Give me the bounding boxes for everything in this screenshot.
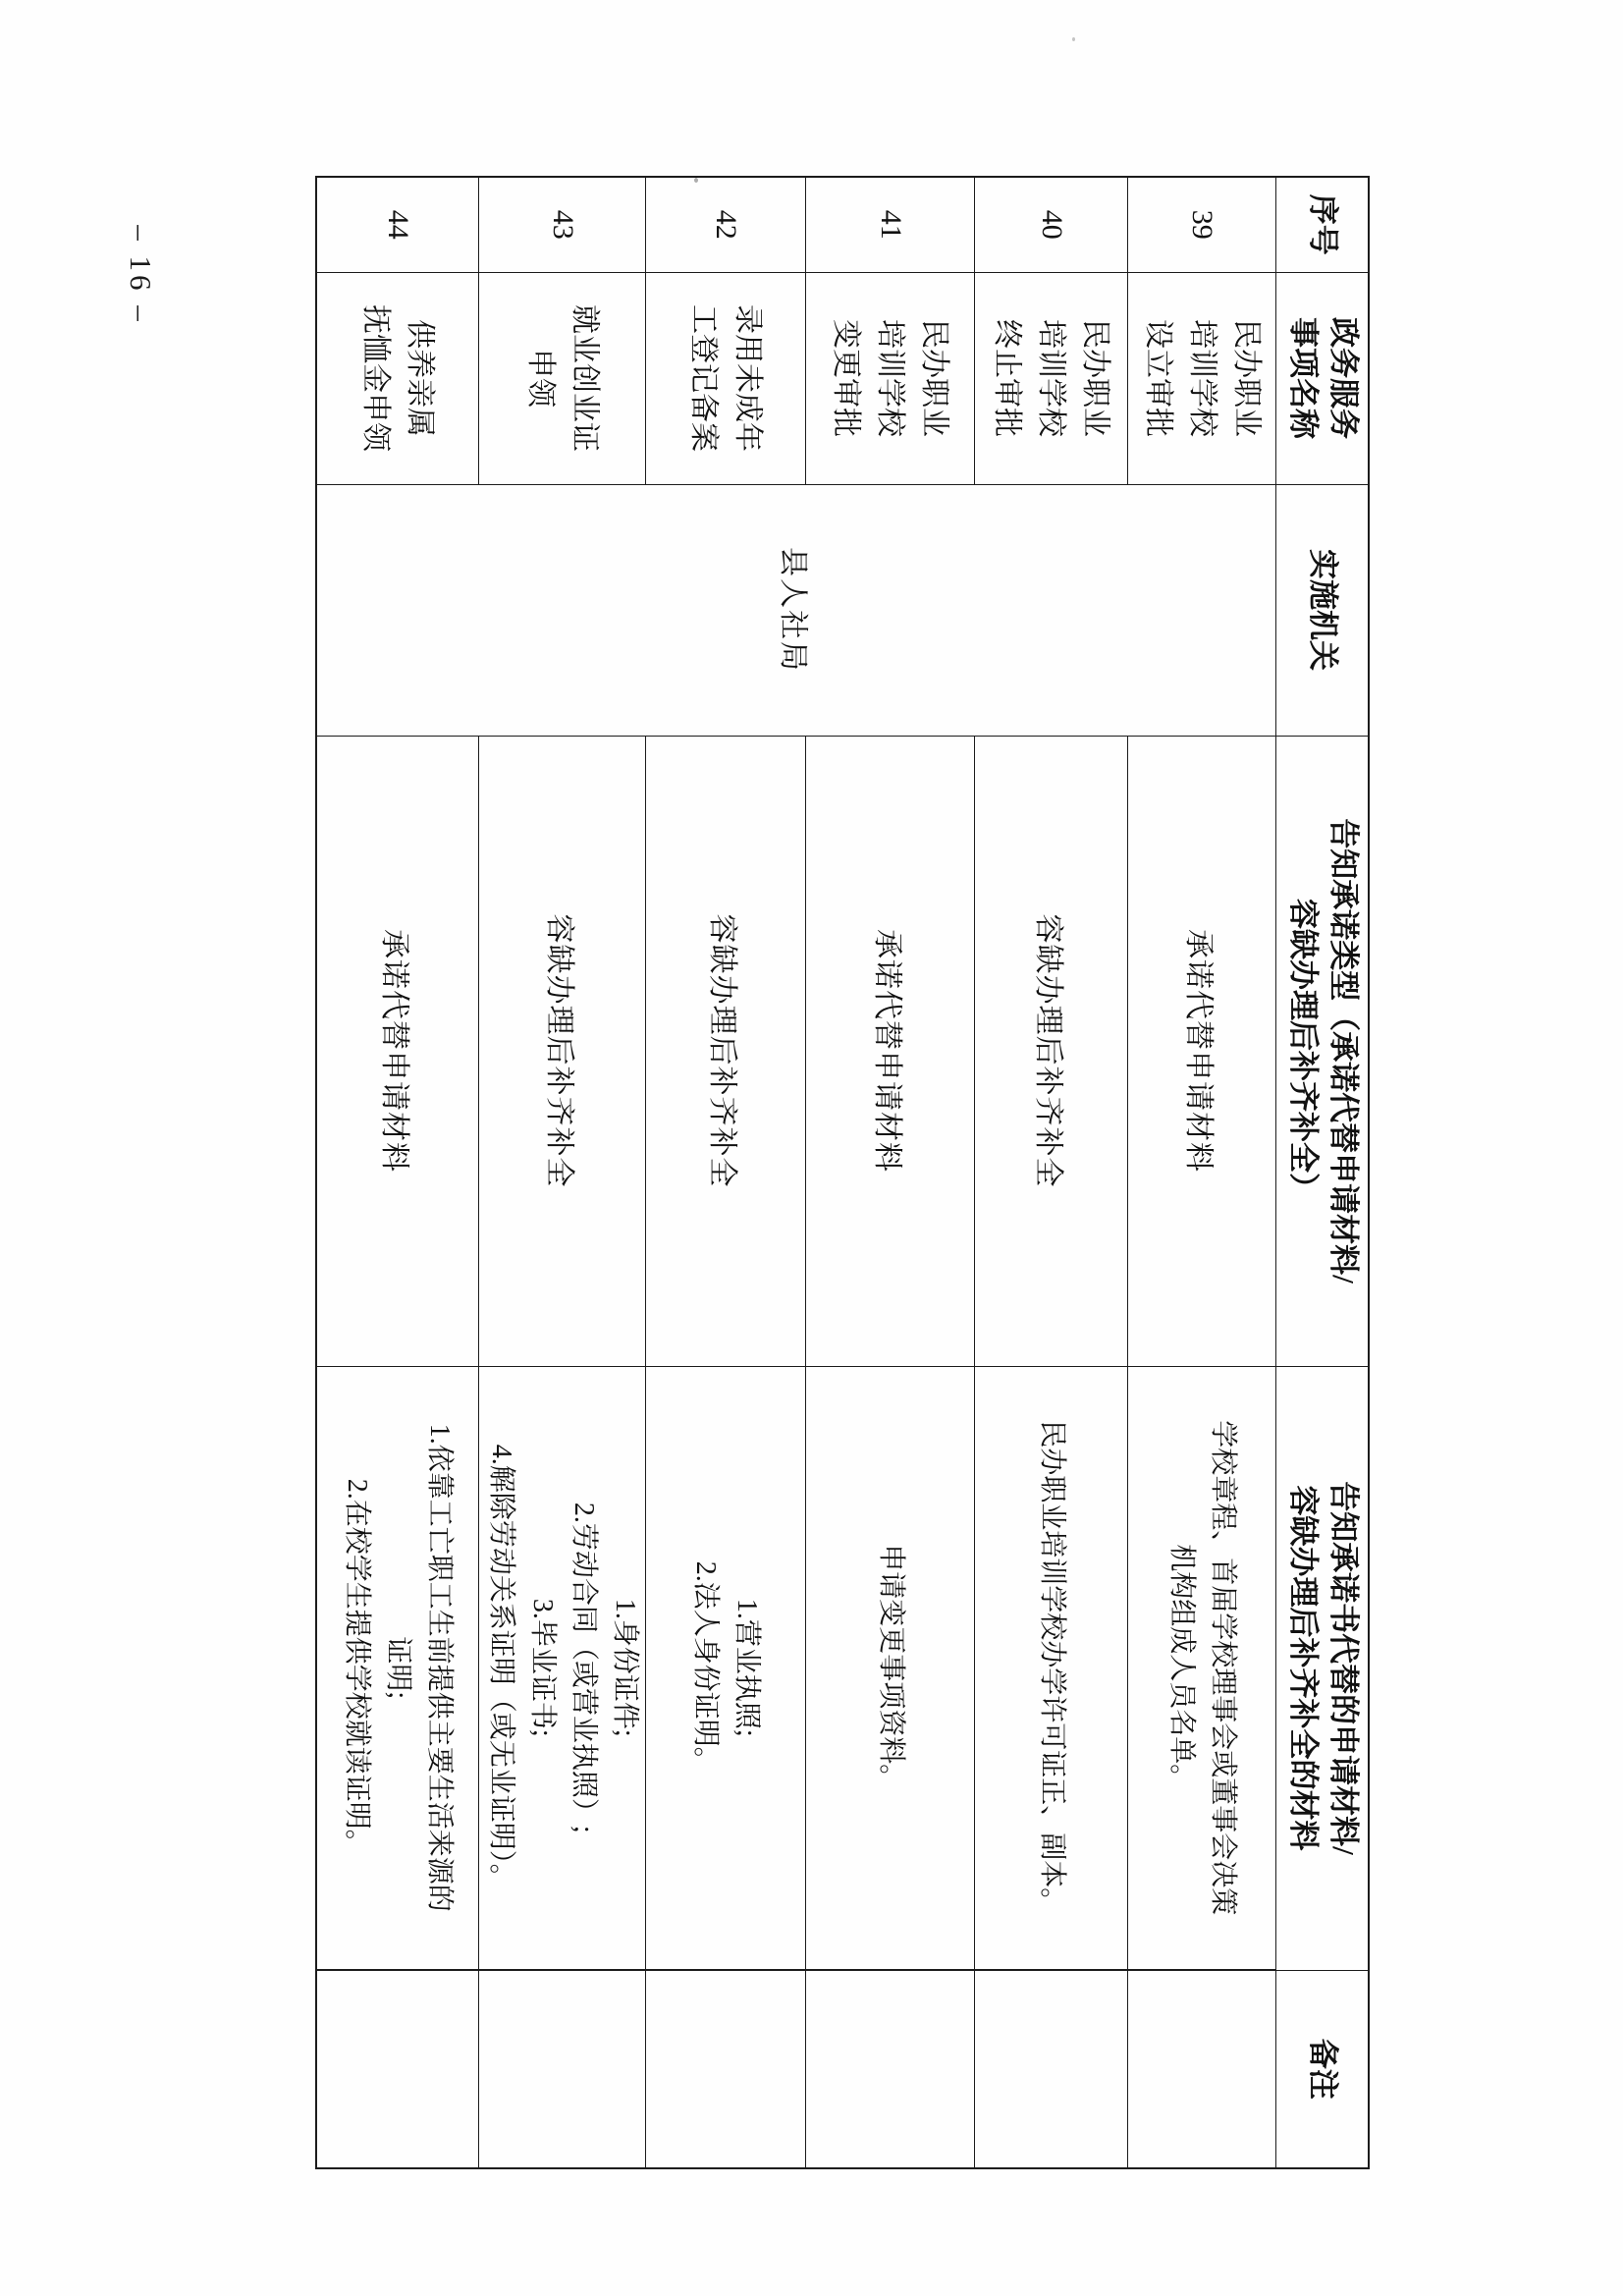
cell-materials: 1.营业执照; 2.法人身份证明。 bbox=[646, 1366, 806, 1970]
table-row: 43 就业创业证 申领 容缺办理后补齐补全 1.身份证件; 2.劳动合同（或营业… bbox=[479, 177, 646, 2168]
cell-remarks bbox=[646, 1970, 806, 2168]
cell-remarks bbox=[316, 1970, 479, 2168]
cell-item-name: 就业创业证 申领 bbox=[479, 272, 646, 484]
header-agency: 实施机关 bbox=[1276, 484, 1369, 736]
cell-seq: 42 bbox=[646, 177, 806, 272]
cell-commitment-type: 承诺代替申请材料 bbox=[1128, 736, 1276, 1366]
cell-materials: 民办职业培训学校办学许可证正、副本。 bbox=[975, 1366, 1128, 1970]
cell-seq: 40 bbox=[975, 177, 1128, 272]
table-row: 42 录用未成年 工登记备案 容缺办理后补齐补全 1.营业执照; 2.法人身份证… bbox=[646, 177, 806, 2168]
page-number: – 16 – bbox=[123, 201, 158, 349]
cell-commitment-type: 容缺办理后补齐补全 bbox=[479, 736, 646, 1366]
document-page: 序号 政务服务 事项名称 实施机关 告知承诺类型（承诺代替申请材料/ 容缺办理后… bbox=[0, 0, 1623, 2296]
cell-item-name: 民办职业 培训学校 设立审批 bbox=[1128, 272, 1276, 484]
cell-materials: 1.依靠工亡职工生前提供主要生活来源的 证明; 2.在校学生提供学校就读证明。 bbox=[316, 1366, 479, 1970]
cell-seq: 44 bbox=[316, 177, 479, 272]
scan-speck bbox=[694, 178, 698, 183]
cell-remarks bbox=[975, 1970, 1128, 2168]
cell-agency-merged: 县人社局 bbox=[316, 484, 1276, 736]
cell-commitment-type: 承诺代替申请材料 bbox=[316, 736, 479, 1366]
cell-commitment-type: 容缺办理后补齐补全 bbox=[975, 736, 1128, 1366]
table-header-row: 序号 政务服务 事项名称 实施机关 告知承诺类型（承诺代替申请材料/ 容缺办理后… bbox=[1276, 177, 1369, 2168]
cell-materials: 1.身份证件; 2.劳动合同（或营业执照）; 3.毕业证书; 4.解除劳动关系证… bbox=[479, 1366, 646, 1970]
table-row: 40 民办职业 培训学校 终止审批 容缺办理后补齐补全 民办职业培训学校办学许可… bbox=[975, 177, 1128, 2168]
table-row: 39 民办职业 培训学校 设立审批 县人社局 承诺代替申请材料 学校章程、首届学… bbox=[1128, 177, 1276, 2168]
cell-item-name: 录用未成年 工登记备案 bbox=[646, 272, 806, 484]
cell-remarks bbox=[1128, 1970, 1276, 2168]
cell-item-name: 供养亲属 抚恤金申领 bbox=[316, 272, 479, 484]
cell-item-name: 民办职业 培训学校 终止审批 bbox=[975, 272, 1128, 484]
header-remarks: 备注 bbox=[1276, 1970, 1369, 2168]
cell-materials: 申请变更事项资料。 bbox=[806, 1366, 975, 1970]
header-seq: 序号 bbox=[1276, 177, 1369, 272]
cell-remarks bbox=[479, 1970, 646, 2168]
cell-commitment-type: 容缺办理后补齐补全 bbox=[646, 736, 806, 1366]
table-row: 44 供养亲属 抚恤金申领 承诺代替申请材料 1.依靠工亡职工生前提供主要生活来… bbox=[316, 177, 479, 2168]
cell-commitment-type: 承诺代替申请材料 bbox=[806, 736, 975, 1366]
cell-seq: 43 bbox=[479, 177, 646, 272]
notification-commitment-table: 序号 政务服务 事项名称 实施机关 告知承诺类型（承诺代替申请材料/ 容缺办理后… bbox=[315, 176, 1370, 2169]
cell-materials: 学校章程、首届学校理事会或董事会决策 机构组成人员名单。 bbox=[1128, 1366, 1276, 1970]
header-materials: 告知承诺书代替的申请材料/ 容缺办理后补齐补全的材料 bbox=[1276, 1366, 1369, 1970]
cell-item-name: 民办职业 培训学校 变更审批 bbox=[806, 272, 975, 484]
cell-seq: 41 bbox=[806, 177, 975, 272]
cell-remarks bbox=[806, 1970, 975, 2168]
header-commitment-type: 告知承诺类型（承诺代替申请材料/ 容缺办理后补齐补全） bbox=[1276, 736, 1369, 1366]
table-row: 41 民办职业 培训学校 变更审批 承诺代替申请材料 申请变更事项资料。 bbox=[806, 177, 975, 2168]
header-item-name: 政务服务 事项名称 bbox=[1276, 272, 1369, 484]
cell-seq: 39 bbox=[1128, 177, 1276, 272]
scan-speck bbox=[1072, 37, 1075, 41]
rotated-landscape-sheet: 序号 政务服务 事项名称 实施机关 告知承诺类型（承诺代替申请材料/ 容缺办理后… bbox=[0, 0, 1623, 2296]
